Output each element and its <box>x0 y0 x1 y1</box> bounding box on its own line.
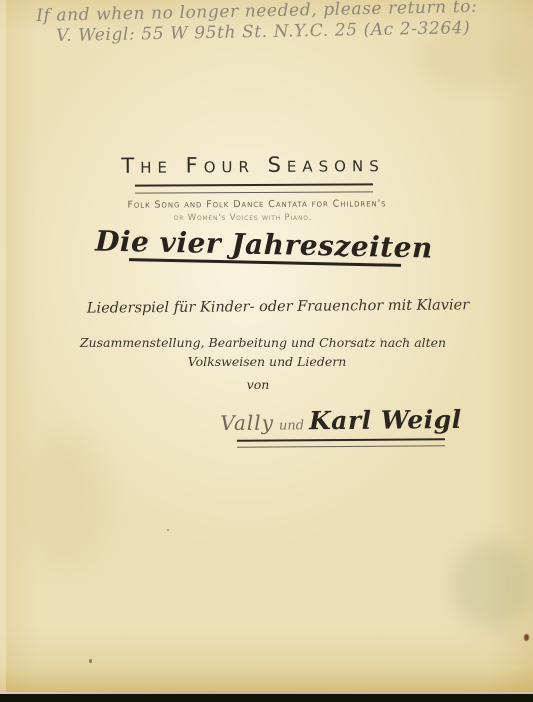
authors-line: VallyundKarl Weigl <box>220 405 462 436</box>
german-subtitle: Liederspiel für Kinder- oder Frauenchor … <box>87 297 469 316</box>
author-conjunction: und <box>279 418 304 433</box>
english-title: The Four Seasons <box>121 152 385 178</box>
english-subtitle-line1: Folk Song and Folk Dance Cantata for Chi… <box>127 198 386 210</box>
credit-line-2: Volksweisen und Liedern <box>188 354 347 369</box>
english-subtitle-line2: or Women's Voices with Piano. <box>174 213 313 223</box>
byline-von: von <box>247 377 270 392</box>
scan-background-strip <box>0 694 533 702</box>
author-first-name: Vally <box>220 411 274 435</box>
paper-left-edge-highlight <box>0 0 6 695</box>
author-second-name: Karl Weigl <box>309 405 462 435</box>
english-title-underline <box>135 183 373 193</box>
credit-line-1: Zusammenstellung, Bearbeitung und Chorsa… <box>80 335 446 350</box>
scanned-title-page: If and when no longer needed, please ret… <box>0 0 533 702</box>
authors-underline <box>237 438 445 447</box>
